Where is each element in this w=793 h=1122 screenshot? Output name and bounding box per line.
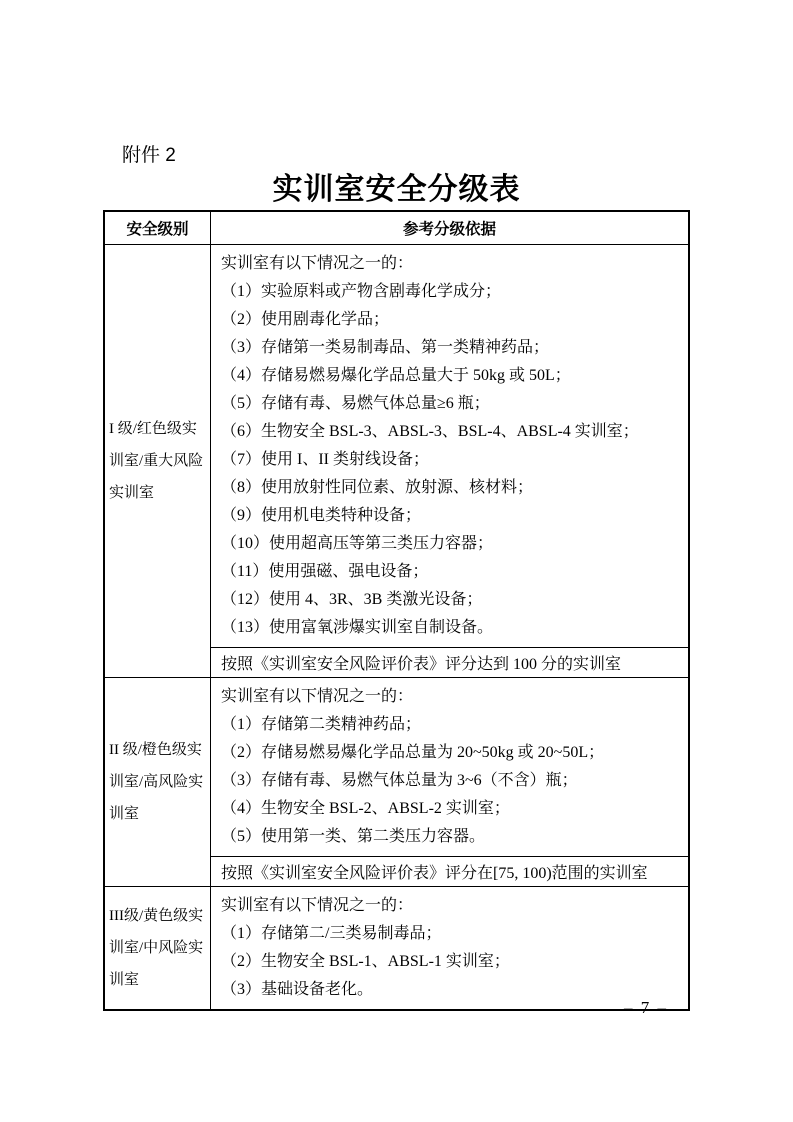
criteria-line: （4）存储易燃易爆化学品总量大于 50kg 或 50L；: [221, 362, 678, 390]
table-body: I 级/红色级实训室/重大风险实训室实训室有以下情况之一的：（1）实验原料或产物…: [104, 245, 689, 1011]
grade-row: III级/黄色级实训室/中风险实训室实训室有以下情况之一的：（1）存储第二/三类…: [104, 887, 689, 1011]
grade-row: II 级/橙色级实训室/高风险实训室实训室有以下情况之一的：（1）存储第二类精神…: [104, 678, 689, 857]
criteria-line: （1）存储第二/三类易制毒品；: [221, 920, 678, 948]
criteria-line: （1）存储第二类精神药品；: [221, 711, 678, 739]
grade-row: I 级/红色级实训室/重大风险实训室实训室有以下情况之一的：（1）实验原料或产物…: [104, 245, 689, 648]
table-header: 安全级别 参考分级依据: [104, 211, 689, 245]
criteria-line: （11）使用强磁、强电设备；: [221, 558, 678, 586]
criteria-line: （4）生物安全 BSL-2、ABSL-2 实训室；: [221, 795, 678, 823]
level-cell: III级/黄色级实训室/中风险实训室: [104, 887, 211, 1011]
level-cell: II 级/橙色级实训室/高风险实训室: [104, 678, 211, 887]
score-note-cell: 按照《实训室安全风险评价表》评分在[75, 100)范围的实训室: [211, 857, 690, 887]
page-number: – 7 –: [624, 998, 668, 1018]
score-note-cell: 按照《实训室安全风险评价表》评分达到 100 分的实训室: [211, 648, 690, 678]
criteria-line: （3）存储有毒、易燃气体总量为 3~6（不含）瓶；: [221, 767, 678, 795]
document-page: 附件 2 实训室安全分级表 安全级别 参考分级依据 I 级/红色级实训室/重大风…: [0, 0, 793, 1122]
criteria-cell: 实训室有以下情况之一的：（1）实验原料或产物含剧毒化学成分；（2）使用剧毒化学品…: [211, 245, 690, 648]
criteria-line: （2）存储易燃易爆化学品总量为 20~50kg 或 20~50L；: [221, 739, 678, 767]
criteria-line: （8）使用放射性同位素、放射源、核材料；: [221, 474, 678, 502]
header-safety-level: 安全级别: [104, 211, 211, 245]
criteria-line: 实训室有以下情况之一的：: [221, 250, 678, 278]
header-grading-basis: 参考分级依据: [211, 211, 690, 245]
criteria-cell: 实训室有以下情况之一的：（1）存储第二/三类易制毒品；（2）生物安全 BSL-1…: [211, 887, 690, 1011]
criteria-line: （5）使用第一类、第二类压力容器。: [221, 823, 678, 851]
criteria-line: （1）实验原料或产物含剧毒化学成分；: [221, 278, 678, 306]
criteria-line: 实训室有以下情况之一的：: [221, 683, 678, 711]
criteria-line: （12）使用 4、3R、3B 类激光设备；: [221, 586, 678, 614]
criteria-line: （7）使用 I、II 类射线设备；: [221, 446, 678, 474]
page-title: 实训室安全分级表: [103, 164, 690, 208]
criteria-cell: 实训室有以下情况之一的：（1）存储第二类精神药品；（2）存储易燃易爆化学品总量为…: [211, 678, 690, 857]
criteria-line: （6）生物安全 BSL-3、ABSL-3、BSL-4、ABSL-4 实训室；: [221, 418, 678, 446]
criteria-line: （9）使用机电类特种设备；: [221, 502, 678, 530]
attachment-label: 附件 2: [122, 140, 176, 167]
criteria-line: （5）存储有毒、易燃气体总量≥6 瓶；: [221, 390, 678, 418]
criteria-line: （2）生物安全 BSL-1、ABSL-1 实训室；: [221, 948, 678, 976]
safety-grade-table: 安全级别 参考分级依据 I 级/红色级实训室/重大风险实训室实训室有以下情况之一…: [103, 210, 690, 1011]
criteria-line: （13）使用富氧涉爆实训室自制设备。: [221, 614, 678, 642]
criteria-line: 实训室有以下情况之一的：: [221, 892, 678, 920]
criteria-line: （10）使用超高压等第三类压力容器；: [221, 530, 678, 558]
level-cell: I 级/红色级实训室/重大风险实训室: [104, 245, 211, 678]
criteria-line: （3）基础设备老化。: [221, 976, 678, 1004]
criteria-line: （2）使用剧毒化学品；: [221, 306, 678, 334]
criteria-line: （3）存储第一类易制毒品、第一类精神药品；: [221, 334, 678, 362]
header-row: 安全级别 参考分级依据: [104, 211, 689, 245]
